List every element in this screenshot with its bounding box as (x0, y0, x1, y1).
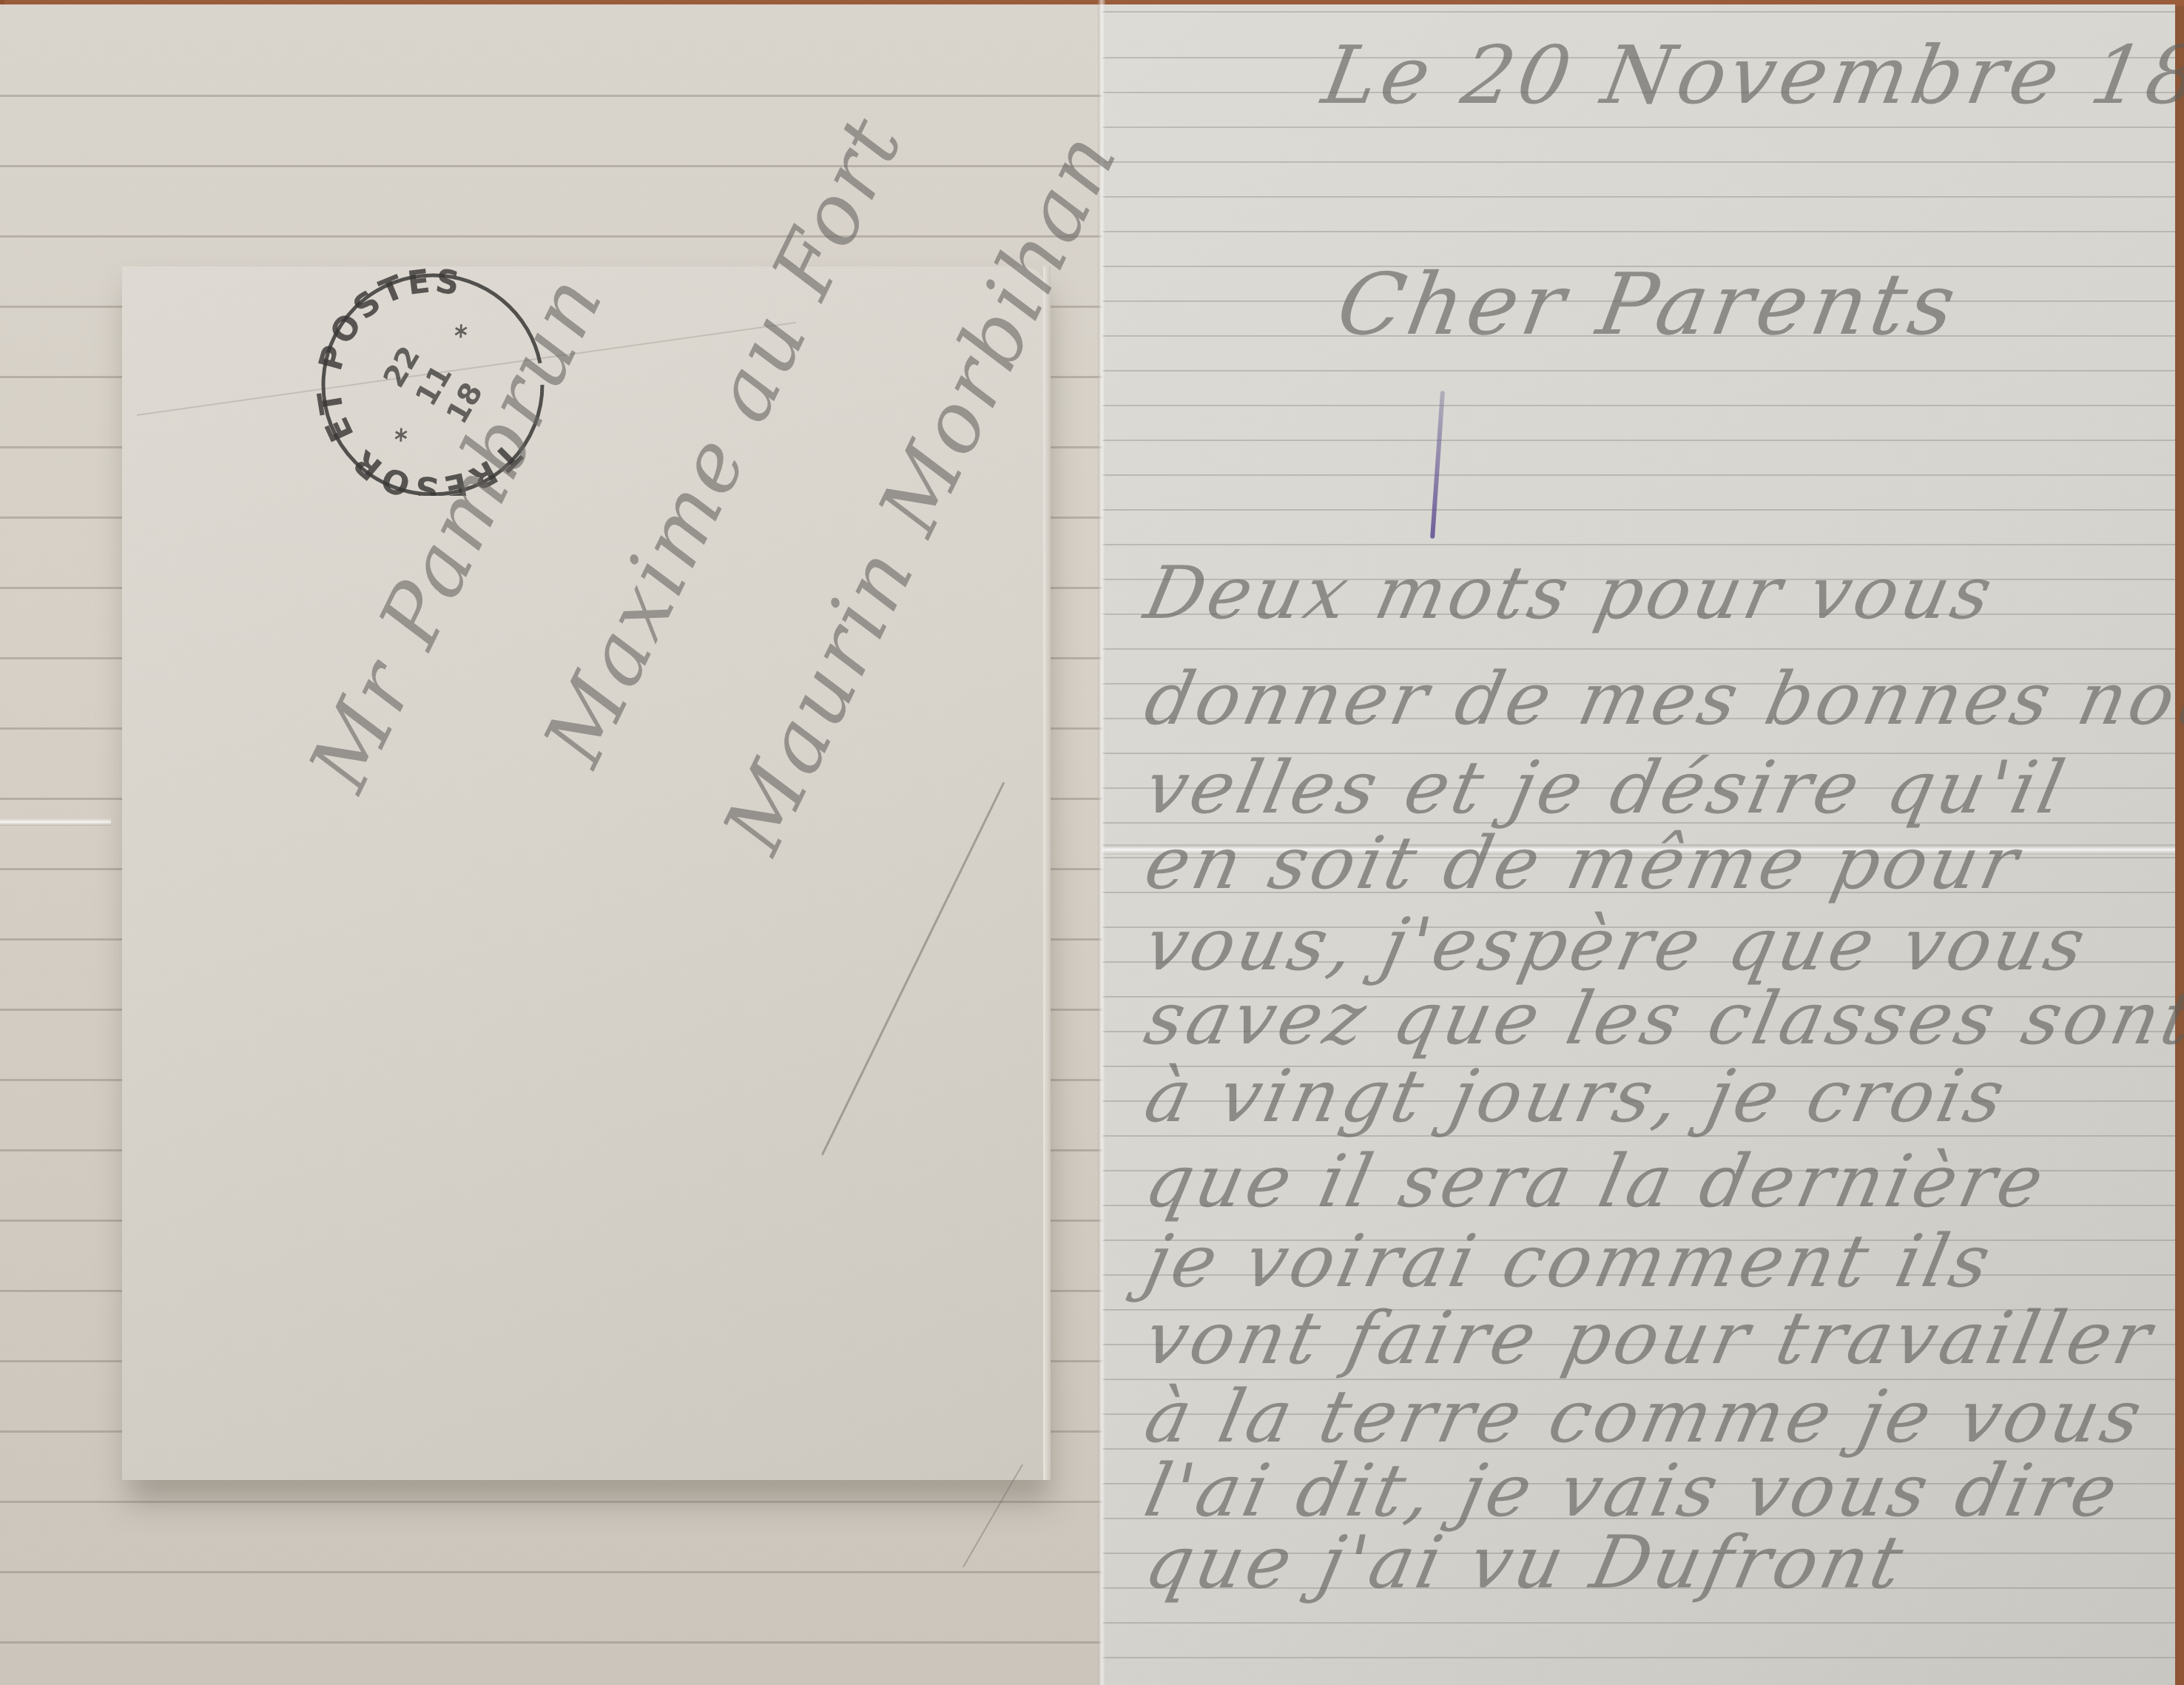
letter-line: donner de mes bonnes nou- (1138, 657, 2184, 741)
letter-line: que j'ai vu Dufront (1138, 1521, 1913, 1605)
letter-salutation: Cher Parents (1330, 255, 1966, 354)
letter-line: en soit de même pour (1138, 821, 2029, 906)
letter-line: savez que les classes sont (1138, 977, 2184, 1061)
letter-line: velles et je désire qu'il (1138, 746, 2075, 830)
letter-line: que il sera la dernière (1138, 1140, 2055, 1224)
letter-line: à vingt jours, je crois (1138, 1055, 2015, 1139)
letter-line: à la terre comme je vous (1138, 1375, 2152, 1459)
fold-crease-left (0, 818, 111, 826)
letter-text: Le 20 Novembre 18 Cher Parents Deux mots… (1102, 0, 2175, 1685)
purple-ink-mark (1430, 391, 1445, 539)
wood-table-edge-right (2174, 1465, 2184, 1685)
letter-date: Le 20 Novembre 18 (1316, 30, 2184, 122)
letter-line: je voirai comment ils (1138, 1220, 2001, 1304)
letter-line: vont faire pour travailler (1138, 1296, 2162, 1381)
letter-line: vous, j'espère que vous (1138, 903, 2095, 987)
letter-line: Deux mots pour vous (1138, 551, 2003, 636)
